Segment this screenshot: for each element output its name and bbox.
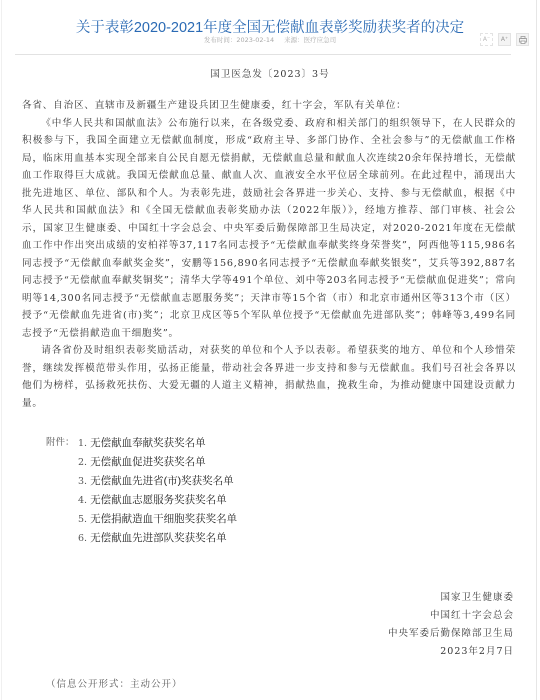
font-increase-button[interactable]: A⁺ <box>498 33 511 46</box>
attachment-item: 1.无偿献血奉献奖获奖名单 <box>78 434 237 453</box>
print-icon <box>519 36 527 44</box>
signatories: 国家卫生健康委 中国红十字会总会 中央军委后勤保障部卫生局 2023年2月7日 <box>388 589 514 661</box>
publish-label: 发布时间： <box>204 36 237 44</box>
attachment-item: 3.无偿献血先进省(市)奖获奖名单 <box>78 472 237 491</box>
source-name: 医疗应急司 <box>304 36 337 44</box>
attachment-link-1[interactable]: 无偿献血奉献奖获奖名单 <box>90 437 206 449</box>
document-number: 国卫医急发〔2023〕3号 <box>0 66 540 80</box>
source-info: 来源：医疗应急司 <box>284 36 336 44</box>
font-decrease-button[interactable]: A⁻ <box>480 33 493 46</box>
font-decrease-icon: A⁻ <box>483 36 490 43</box>
paragraph-2: 请各省份及时组织表彰奖励活动，对获奖的单位和个人予以表彰。希望获奖的地方、单位和… <box>22 342 516 412</box>
source-label: 来源： <box>284 36 304 44</box>
article-tools: A⁻ A⁺ <box>480 33 529 46</box>
signatory-military-health: 中央军委后勤保障部卫生局 <box>388 625 514 643</box>
signatory-nhc: 国家卫生健康委 <box>388 589 514 607</box>
attachment-link-5[interactable]: 无偿捐献造血干细胞奖获奖名单 <box>90 513 237 525</box>
signing-date: 2023年2月7日 <box>388 643 514 661</box>
attachment-link-2[interactable]: 无偿献血促进奖获奖名单 <box>90 456 206 468</box>
article-meta: 发布时间：2023-02-14 来源：医疗应急司 <box>0 35 540 44</box>
attachments: 附件： 1.无偿献血奉献奖获奖名单 2.无偿献血促进奖获奖名单 3.无偿献血先进… <box>46 434 237 548</box>
header-divider <box>15 54 511 55</box>
font-increase-icon: A⁺ <box>501 36 508 43</box>
paragraph-1: 《中华人民共和国献血法》公布施行以来，在各级党委、政府和相关部门的组织领导下，在… <box>22 115 516 343</box>
disclosure-note: （信息公开形式：主动公开） <box>46 676 183 690</box>
attachment-item: 5.无偿捐献造血干细胞奖获奖名单 <box>78 510 237 529</box>
attachment-link-3[interactable]: 无偿献血先进省(市)奖获奖名单 <box>90 475 234 487</box>
salutation: 各省、自治区、直辖市及新疆生产建设兵团卫生健康委，红十字会，军队有关单位： <box>22 97 516 115</box>
print-button[interactable] <box>516 33 529 46</box>
signatory-red-cross: 中国红十字会总会 <box>388 607 514 625</box>
publish-info: 发布时间：2023-02-14 <box>204 36 274 44</box>
attachment-link-4[interactable]: 无偿献血志愿服务奖获奖名单 <box>90 494 227 506</box>
attachment-link-6[interactable]: 无偿献血先进部队奖获奖名单 <box>90 532 227 544</box>
attachment-item: 6.无偿献血先进部队奖获奖名单 <box>78 529 237 548</box>
publish-date: 2023-02-14 <box>236 36 274 44</box>
attachment-item: 4.无偿献血志愿服务奖获奖名单 <box>78 491 237 510</box>
attachments-label: 附件： <box>46 434 80 452</box>
document-body: 各省、自治区、直辖市及新疆生产建设兵团卫生健康委，红十字会，军队有关单位： 《中… <box>22 97 516 412</box>
attachment-item: 2.无偿献血促进奖获奖名单 <box>78 453 237 472</box>
